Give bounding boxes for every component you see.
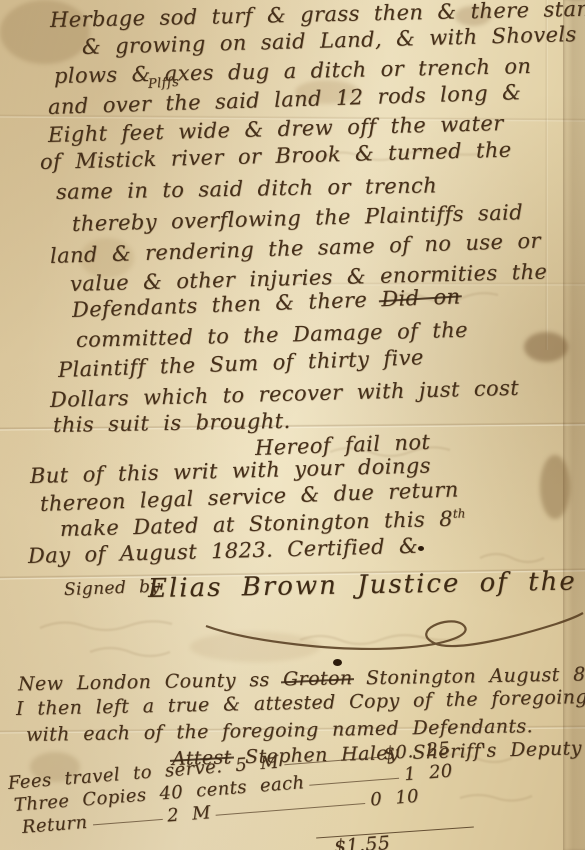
paper-edge-right: [563, 0, 585, 850]
county-label: New London County ss: [18, 669, 270, 695]
fee-leader: [284, 756, 379, 764]
fee-amount: 0 10: [370, 786, 420, 811]
fold-crease-vertical: [545, 0, 548, 350]
writ-line-15: this suit is brought.: [53, 409, 291, 437]
justice-signature: Elias Brown Justice of the Peace: [148, 565, 585, 604]
ink-blot: [333, 659, 342, 666]
signed-by-label: Signed by: [64, 577, 161, 600]
manuscript-page: Herbage sod turf & grass then & there st…: [0, 0, 585, 850]
struck-word: Did on: [381, 284, 461, 311]
writ-line-07: same in to said ditch or trench: [56, 173, 438, 204]
struck-town: Groton: [283, 667, 353, 690]
writ-line-14: Dollars which to recover with just cost: [50, 376, 520, 412]
fee-mid: 2 M: [166, 802, 211, 826]
fee-total: $1.55: [333, 832, 391, 850]
ordinal-superscript: th: [453, 506, 466, 520]
signature-flourish: [200, 598, 585, 658]
interlinear-insert-plffs: Plffs: [147, 75, 179, 92]
writ-line-04-post: said land 12 rods long &: [215, 80, 522, 114]
fee-label: Return: [21, 812, 88, 838]
writ-line-04-pre: and over the: [48, 90, 202, 119]
paper-stain: [524, 332, 568, 362]
fee-amount: 1 20: [403, 761, 453, 786]
dateline: Stonington August 8: [366, 663, 585, 689]
fee-leader: [216, 802, 366, 815]
fee-leader: [93, 818, 163, 824]
fee-leader: [310, 777, 400, 785]
paper-stain: [190, 632, 320, 662]
ink-blot: [418, 546, 424, 551]
paper-stain: [540, 455, 570, 519]
